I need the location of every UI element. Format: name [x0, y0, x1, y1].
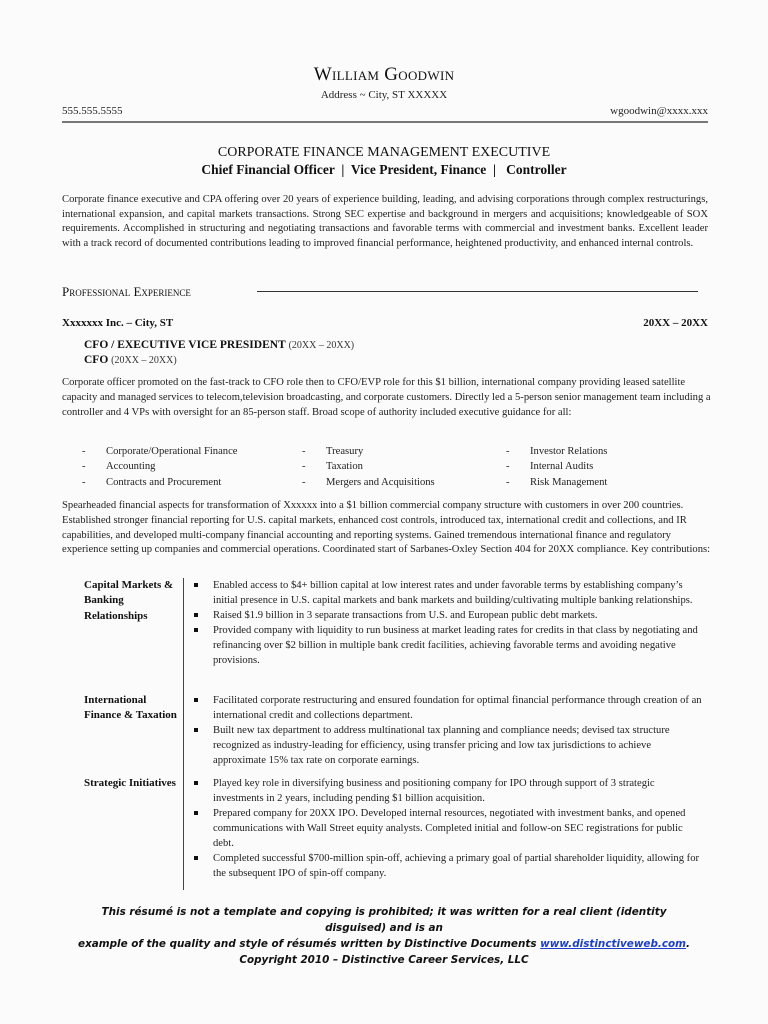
- role-title: CFO / EXECUTIVE VICE PRESIDENT: [84, 339, 286, 351]
- scope-item: -Risk Management: [506, 475, 607, 490]
- contribution-label: International Finance & Taxation: [84, 693, 180, 724]
- scope-item: -Treasury: [302, 444, 435, 459]
- phone-number: 555.555.5555: [62, 105, 123, 117]
- scope-column: -Investor Relations -Internal Audits -Ri…: [506, 444, 607, 490]
- summary-paragraph: Corporate finance executive and CPA offe…: [62, 193, 708, 251]
- scope-item: -Taxation: [302, 459, 435, 474]
- company-dates: 20XX – 20XX: [643, 317, 708, 329]
- copyright-line: Copyright 2010 – Distinctive Career Serv…: [70, 952, 698, 968]
- disclaimer-footer: This résumé is not a template and copyin…: [70, 904, 698, 968]
- header-divider: [62, 121, 708, 123]
- scope-item: -Investor Relations: [506, 444, 607, 459]
- scope-item: -Accounting: [82, 459, 238, 474]
- disclaimer-line: example of the quality and style of résu…: [70, 936, 698, 952]
- company-name: Xxxxxxx Inc. – City, ST: [62, 317, 173, 329]
- email-address: wgoodwin@xxxx.xxx: [610, 105, 708, 117]
- role-entry: CFO (20XX – 20XX): [84, 354, 177, 366]
- headline-title: CORPORATE FINANCE MANAGEMENT EXECUTIVE: [0, 145, 768, 161]
- contribution-bullets: Enabled access to $4+ billion capital at…: [194, 578, 704, 668]
- bullet-item: Completed successful $700-million spin-o…: [194, 851, 704, 881]
- square-bullet-icon: [194, 811, 198, 815]
- bullet-item: Provided company with liquidity to run b…: [194, 623, 704, 668]
- bullet-item: Enabled access to $4+ billion capital at…: [194, 578, 704, 608]
- contribution-bullets: Facilitated corporate restructuring and …: [194, 693, 704, 768]
- role-dates: (20XX – 20XX): [111, 355, 177, 366]
- square-bullet-icon: [194, 698, 198, 702]
- scope-item: -Contracts and Procurement: [82, 475, 238, 490]
- role-title: CFO: [84, 354, 108, 366]
- disclaimer-line: This résumé is not a template and copyin…: [70, 904, 698, 936]
- scope-item: -Corporate/Operational Finance: [82, 444, 238, 459]
- contributions-divider: [183, 578, 184, 890]
- square-bullet-icon: [194, 613, 198, 617]
- transformation-paragraph: Spearheaded financial aspects for transf…: [62, 499, 712, 558]
- role-dates: (20XX – 20XX): [289, 340, 355, 351]
- square-bullet-icon: [194, 856, 198, 860]
- bullet-item: Played key role in diversifying business…: [194, 776, 704, 806]
- square-bullet-icon: [194, 628, 198, 632]
- square-bullet-icon: [194, 781, 198, 785]
- role-description: Corporate officer promoted on the fast-t…: [62, 376, 712, 420]
- headline-subtitle: Chief Financial Officer | Vice President…: [0, 162, 768, 178]
- square-bullet-icon: [194, 583, 198, 587]
- candidate-name: William Goodwin: [0, 64, 768, 86]
- scope-column: -Treasury -Taxation -Mergers and Acquisi…: [302, 444, 435, 490]
- contribution-label: Strategic Initiatives: [84, 776, 180, 791]
- section-title-experience: Professional Experience: [62, 284, 191, 300]
- role-entry: CFO / EXECUTIVE VICE PRESIDENT (20XX – 2…: [84, 339, 354, 351]
- address: Address ~ City, ST XXXXX: [0, 89, 768, 101]
- bullet-item: Raised $1.9 billion in 3 separate transa…: [194, 608, 704, 623]
- contribution-bullets: Played key role in diversifying business…: [194, 776, 704, 881]
- contribution-label: Capital Markets & Banking Relationships: [84, 578, 180, 624]
- resume-page: William Goodwin Address ~ City, ST XXXXX…: [0, 0, 768, 1024]
- scope-column: -Corporate/Operational Finance -Accounti…: [82, 444, 238, 490]
- website-link[interactable]: www.distinctiveweb.com: [540, 938, 686, 950]
- section-divider: [257, 291, 698, 292]
- bullet-item: Facilitated corporate restructuring and …: [194, 693, 704, 723]
- scope-item: -Mergers and Acquisitions: [302, 475, 435, 490]
- scope-item: -Internal Audits: [506, 459, 607, 474]
- bullet-item: Prepared company for 20XX IPO. Developed…: [194, 806, 704, 851]
- bullet-item: Built new tax department to address mult…: [194, 723, 704, 768]
- square-bullet-icon: [194, 728, 198, 732]
